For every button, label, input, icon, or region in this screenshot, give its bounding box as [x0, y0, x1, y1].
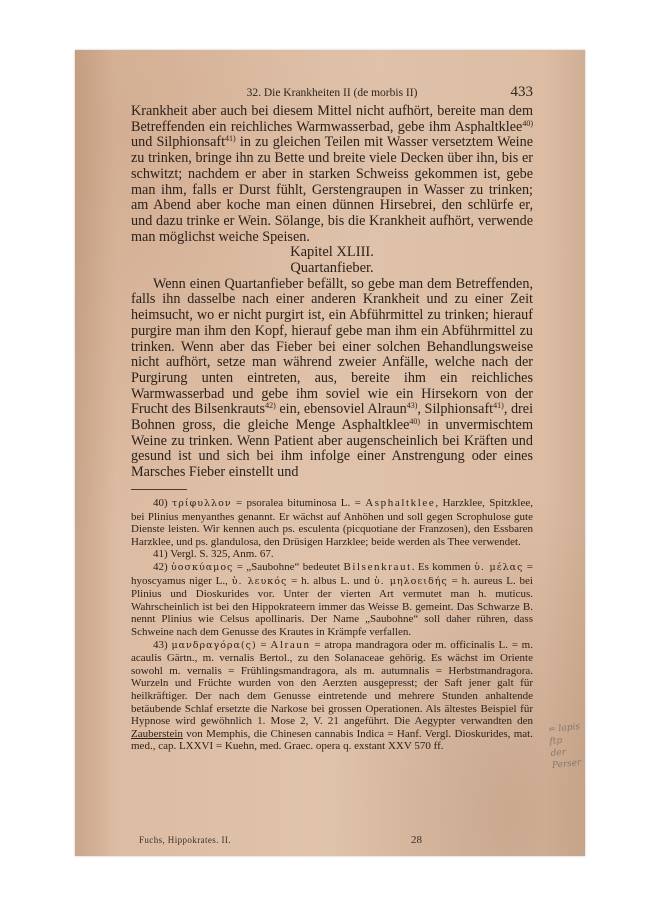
footnote-ref-41[interactable]: 41) — [493, 401, 504, 410]
footnote-ref-40[interactable]: 40) — [522, 119, 533, 128]
footnote-ref-41[interactable]: 41) — [225, 134, 236, 143]
chapter-title: Quartanfieber. — [131, 261, 533, 277]
footnote-divider — [131, 489, 187, 490]
running-head: 32. Die Krankheiten II (de morbis II) 43… — [131, 84, 533, 100]
page-number: 433 — [511, 84, 534, 101]
signature-sheet-number: 28 — [411, 834, 422, 846]
signature-line: Fuchs, Hippokrates. II. 28 — [139, 835, 533, 849]
footnotes: 40) τρίφυλλον = psoralea bituminosa L. =… — [131, 497, 533, 753]
chapter-number: Kapitel XLIII. — [131, 245, 533, 261]
book-page: 32. Die Krankheiten II (de morbis II) 43… — [75, 50, 585, 856]
footnote-42: 42) ὑοσκύαμος = „Saubohne“ bedeutet Bils… — [131, 561, 533, 639]
running-title: 32. Die Krankheiten II (de morbis II) — [131, 87, 533, 99]
handwritten-margin-note: = lapis ftp der Perser — [548, 720, 593, 772]
paragraph-continuation: Krankheit aber auch bei diesem Mittel ni… — [131, 104, 533, 245]
footnote-41: 41) Vergl. S. 325, Anm. 67. — [131, 548, 533, 561]
paragraph-quartanfieber: Wenn einen Quartanfieber befällt, so geb… — [131, 277, 533, 481]
footnote-43: 43) μανδραγόρα(ς) = Alraun = atropa mand… — [131, 639, 533, 753]
footnote-ref-40[interactable]: 40) — [409, 417, 420, 426]
footnote-ref-42[interactable]: 42) — [265, 401, 276, 410]
underlined-word: Zauberstein — [131, 728, 183, 740]
signature-author: Fuchs, Hippokrates. II. — [139, 835, 231, 845]
footnote-ref-43[interactable]: 43) — [407, 401, 418, 410]
footnote-40: 40) τρίφυλλον = psoralea bituminosa L. =… — [131, 497, 533, 548]
body-text: Krankheit aber auch bei diesem Mittel ni… — [131, 104, 533, 481]
